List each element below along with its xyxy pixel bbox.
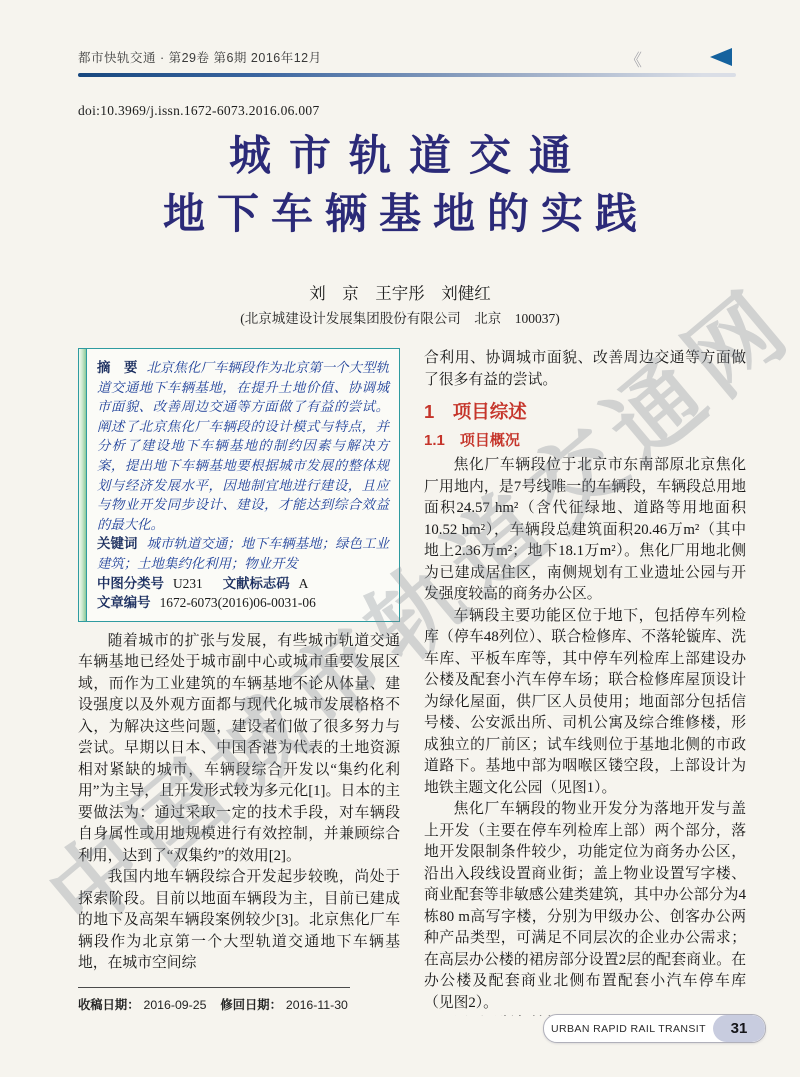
journal-name-en: URBAN RAPID RAIL TRANSIT [544,1023,713,1035]
article-id-value: 1672-6073(2016)06-0031-06 [160,595,316,610]
affiliation-line: (北京城建设计发展集团股份有限公司 北京 100037) [0,307,800,327]
doc-code-value: A [299,576,309,591]
doc-code-label: 文献标志码 [223,576,290,591]
footnote-rule [78,987,350,988]
section-1-1-heading: 1.1 项目概况 [424,429,746,450]
page-number: 31 [713,1015,765,1042]
body-paragraph: 随着城市的扩张与发展，有些城市轨道交通车辆基地已经处于城市副中心或城市重要发展区… [78,631,400,868]
abstract-box: 摘 要北京焦化厂车辆段作为北京第一个大型轨道交通地下车辆基地，在提升土地价值、协… [78,348,400,622]
article-title-line1: 城市轨道交通 [0,128,800,186]
body-paragraph: 焦化厂车辆段的物业开发分为落地开发与盖上开发（主要在停车列检库上部）两个部分，落… [424,799,746,1014]
abstract-label: 摘 要 [97,360,137,375]
double-angle-icon: 《 [625,46,642,71]
body-paragraph: 焦化厂车辆段位于北京市东南部原北京焦化厂用地内，是7号线唯一的车辆段，车辆段总用… [424,455,746,606]
abstract-left-bar [79,349,87,621]
abstract-text: 北京焦化厂车辆段作为北京第一个大型轨道交通地下车辆基地，在提升土地价值、协调城市… [97,360,389,532]
abstract-paragraph: 摘 要北京焦化厂车辆段作为北京第一个大型轨道交通地下车辆基地，在提升土地价值、协… [97,358,389,534]
author-bio-line: 作者简介：刘京，女，教授级高级工程师，副总建筑师，长期从事地铁一体化开发的研究与… [78,1015,400,1016]
back-triangle-icon [710,48,732,66]
article-id-paragraph: 文章编号1672-6073(2016)06-0031-06 [97,593,389,613]
body-paragraph: 我国内地车辆段综合开发起步较晚，尚处于探索阶段。目前以地面车辆段为主，目前已建成… [78,867,400,975]
article-title: 城市轨道交通 地下车辆基地的实践 [0,128,800,244]
section-1-heading: 1 项目综述 [424,398,746,424]
footer-journal-pill: URBAN RAPID RAIL TRANSIT 31 [543,1014,766,1043]
received-date: 2016-09-25 [144,998,207,1012]
journal-issue-line: 都市快轨交通 · 第29卷 第6期 2016年12月 [78,48,322,66]
doi-line: doi:10.3969/j.issn.1672-6073.2016.06.007 [78,103,320,119]
clc-paragraph: 中图分类号U231文献标志码A [97,574,389,594]
right-column: 合利用、协调城市面貌、改善周边交通等方面做了很多有益的尝试。 1 项目综述 1.… [424,348,746,1016]
authors-line: 刘 京 王宇彤 刘健红 [0,280,800,304]
article-title-line2: 地下车辆基地的实践 [0,186,800,244]
keywords-text: 城市轨道交通；地下车辆基地；绿色工业建筑；土地集约化利用；物业开发 [97,536,389,571]
continuation-paragraph: 合利用、协调城市面貌、改善周边交通等方面做了很多有益的尝试。 [424,348,746,391]
body-paragraph: 车辆段主要功能区位于地下，包括停车列检库（停车48列位）、联合检修库、不落轮镟库… [424,606,746,800]
clc-value: U231 [173,576,203,591]
left-column: 摘 要北京焦化厂车辆段作为北京第一个大型轨道交通地下车辆基地，在提升土地价值、协… [78,348,400,1016]
revised-date: 2016-11-30 [286,998,348,1012]
received-label: 收稿日期： [78,998,140,1012]
article-id-label: 文章编号 [97,595,151,610]
journal-page: 都市快轨交通 · 第29卷 第6期 2016年12月 《 doi:10.3969… [0,0,800,1077]
revised-label: 修回日期： [220,998,282,1012]
page-header: 都市快轨交通 · 第29卷 第6期 2016年12月 《 [78,46,745,68]
keywords-label: 关键词 [97,536,137,551]
footnote-block: 收稿日期：2016-09-25修回日期：2016-11-30 作者简介：刘京，女… [78,987,400,1016]
dates-line: 收稿日期：2016-09-25修回日期：2016-11-30 [78,996,400,1016]
keywords-paragraph: 关键词城市轨道交通；地下车辆基地；绿色工业建筑；土地集约化利用；物业开发 [97,534,389,573]
header-rule [78,73,736,77]
clc-label: 中图分类号 [97,576,164,591]
